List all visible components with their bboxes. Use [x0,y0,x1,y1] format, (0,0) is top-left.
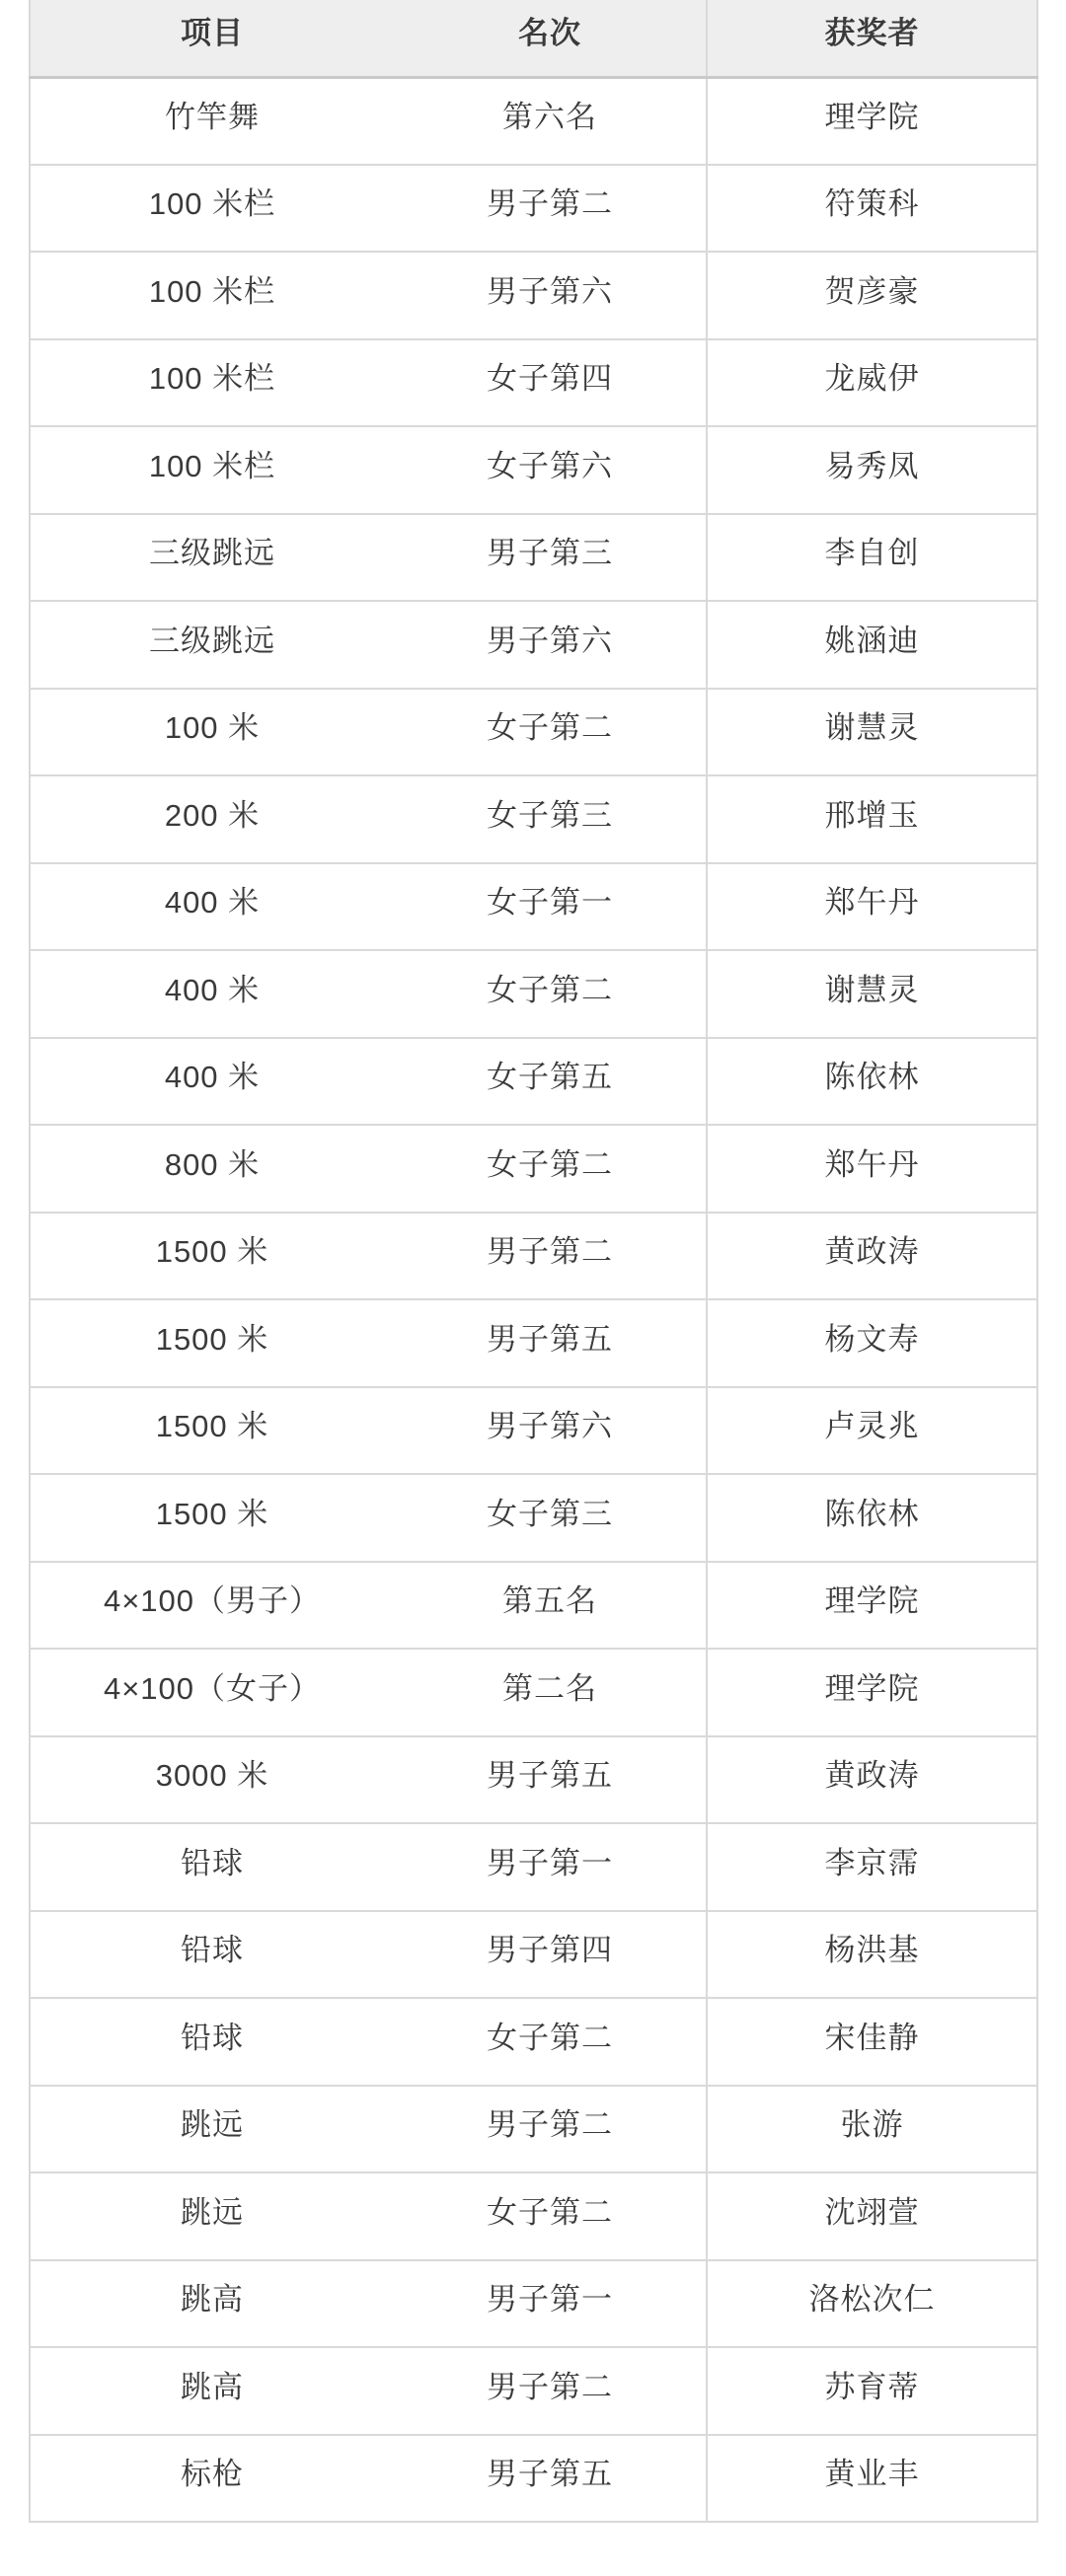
table-row: 三级跳远男子第三李自创 [30,514,1037,602]
rank-cell: 女子第二 [394,689,707,776]
winner-cell: 谢慧灵 [707,689,1037,776]
table-row: 100 米栏男子第六贺彦豪 [30,252,1037,339]
rank-cell: 男子第五 [394,2435,707,2523]
table-row: 100 米栏女子第四龙威伊 [30,339,1037,427]
event-cell: 三级跳远 [30,601,394,689]
event-cell: 标枪 [30,2435,394,2523]
event-cell: 竹竿舞 [30,77,394,165]
event-cell: 铅球 [30,1823,394,1911]
event-cell: 100 米栏 [30,252,394,339]
table-row: 3000 米男子第五黄政涛 [30,1736,1037,1824]
winner-cell: 陈依林 [707,1038,1037,1126]
winner-cell: 黄政涛 [707,1736,1037,1824]
winner-cell: 李自创 [707,514,1037,602]
column-header-winner: 获奖者 [707,0,1037,77]
table-row: 跳高男子第一洛松次仁 [30,2260,1037,2348]
event-cell: 100 米栏 [30,339,394,427]
event-cell: 1500 米 [30,1299,394,1387]
winner-cell: 黄政涛 [707,1213,1037,1300]
rank-cell: 第六名 [394,77,707,165]
rank-cell: 女子第三 [394,775,707,863]
event-cell: 200 米 [30,775,394,863]
winner-cell: 邢增玉 [707,775,1037,863]
winner-cell: 郑午丹 [707,863,1037,951]
rank-cell: 男子第二 [394,1213,707,1300]
table-row: 400 米女子第二谢慧灵 [30,950,1037,1038]
table-row: 1500 米女子第三陈依林 [30,1474,1037,1562]
table-row: 标枪男子第五黄业丰 [30,2435,1037,2523]
event-cell: 铅球 [30,1911,394,1999]
table-row: 三级跳远男子第六姚涵迪 [30,601,1037,689]
rank-cell: 女子第二 [394,1998,707,2086]
header-row: 项目 名次 获奖者 [30,0,1037,77]
table-row: 800 米女子第二郑午丹 [30,1125,1037,1213]
event-cell: 跳远 [30,2086,394,2173]
table-row: 1500 米男子第五杨文寿 [30,1299,1037,1387]
rank-cell: 男子第五 [394,1299,707,1387]
table-row: 跳高男子第二苏育蒂 [30,2347,1037,2435]
rank-cell: 女子第三 [394,1474,707,1562]
column-header-rank: 名次 [394,0,707,77]
rank-cell: 女子第五 [394,1038,707,1126]
rank-cell: 男子第六 [394,601,707,689]
rank-cell: 男子第二 [394,2086,707,2173]
event-cell: 400 米 [30,863,394,951]
rank-cell: 男子第一 [394,2260,707,2348]
table-row: 铅球男子第一李京霈 [30,1823,1037,1911]
rank-cell: 第二名 [394,1649,707,1736]
event-cell: 跳高 [30,2347,394,2435]
rank-cell: 男子第二 [394,165,707,253]
event-cell: 4×100（男子） [30,1562,394,1650]
winner-cell: 李京霈 [707,1823,1037,1911]
table-row: 100 米栏女子第六易秀凤 [30,426,1037,514]
event-cell: 100 米栏 [30,165,394,253]
event-cell: 3000 米 [30,1736,394,1824]
table-row: 跳远女子第二沈翊萱 [30,2172,1037,2260]
rank-cell: 第五名 [394,1562,707,1650]
rank-cell: 女子第二 [394,950,707,1038]
winner-cell: 苏育蒂 [707,2347,1037,2435]
winner-cell: 宋佳静 [707,1998,1037,2086]
event-cell: 铅球 [30,1998,394,2086]
event-cell: 100 米 [30,689,394,776]
rank-cell: 男子第四 [394,1911,707,1999]
rank-cell: 女子第一 [394,863,707,951]
winner-cell: 理学院 [707,77,1037,165]
table-row: 400 米女子第一郑午丹 [30,863,1037,951]
event-cell: 跳高 [30,2260,394,2348]
winner-cell: 张游 [707,2086,1037,2173]
table-body: 竹竿舞第六名理学院100 米栏男子第二符策科100 米栏男子第六贺彦豪100 米… [30,77,1037,2522]
winner-cell: 黄业丰 [707,2435,1037,2523]
event-cell: 1500 米 [30,1474,394,1562]
table-row: 铅球男子第四杨洪基 [30,1911,1037,1999]
awards-table: 项目 名次 获奖者 竹竿舞第六名理学院100 米栏男子第二符策科100 米栏男子… [29,0,1038,2523]
event-cell: 4×100（女子） [30,1649,394,1736]
winner-cell: 易秀凤 [707,426,1037,514]
rank-cell: 男子第三 [394,514,707,602]
winner-cell: 杨文寿 [707,1299,1037,1387]
event-cell: 三级跳远 [30,514,394,602]
rank-cell: 男子第六 [394,1387,707,1475]
table-row: 100 米栏男子第二符策科 [30,165,1037,253]
rank-cell: 女子第二 [394,1125,707,1213]
winner-cell: 卢灵兆 [707,1387,1037,1475]
rank-cell: 男子第六 [394,252,707,339]
table-row: 400 米女子第五陈依林 [30,1038,1037,1126]
table-row: 200 米女子第三邢增玉 [30,775,1037,863]
awards-table-container: 项目 名次 获奖者 竹竿舞第六名理学院100 米栏男子第二符策科100 米栏男子… [29,0,1038,2523]
table-row: 100 米女子第二谢慧灵 [30,689,1037,776]
rank-cell: 男子第一 [394,1823,707,1911]
table-row: 1500 米男子第二黄政涛 [30,1213,1037,1300]
winner-cell: 龙威伊 [707,339,1037,427]
winner-cell: 理学院 [707,1562,1037,1650]
winner-cell: 符策科 [707,165,1037,253]
winner-cell: 理学院 [707,1649,1037,1736]
table-header: 项目 名次 获奖者 [30,0,1037,77]
winner-cell: 洛松次仁 [707,2260,1037,2348]
rank-cell: 男子第二 [394,2347,707,2435]
event-cell: 跳远 [30,2172,394,2260]
event-cell: 100 米栏 [30,426,394,514]
table-row: 1500 米男子第六卢灵兆 [30,1387,1037,1475]
rank-cell: 女子第二 [394,2172,707,2260]
table-row: 铅球女子第二宋佳静 [30,1998,1037,2086]
rank-cell: 女子第四 [394,339,707,427]
table-row: 竹竿舞第六名理学院 [30,77,1037,165]
winner-cell: 贺彦豪 [707,252,1037,339]
column-header-event: 项目 [30,0,394,77]
rank-cell: 女子第六 [394,426,707,514]
winner-cell: 谢慧灵 [707,950,1037,1038]
winner-cell: 杨洪基 [707,1911,1037,1999]
winner-cell: 郑午丹 [707,1125,1037,1213]
winner-cell: 陈依林 [707,1474,1037,1562]
table-row: 4×100（男子）第五名理学院 [30,1562,1037,1650]
event-cell: 1500 米 [30,1213,394,1300]
table-row: 4×100（女子）第二名理学院 [30,1649,1037,1736]
rank-cell: 男子第五 [394,1736,707,1824]
event-cell: 400 米 [30,1038,394,1126]
event-cell: 1500 米 [30,1387,394,1475]
winner-cell: 沈翊萱 [707,2172,1037,2260]
event-cell: 800 米 [30,1125,394,1213]
event-cell: 400 米 [30,950,394,1038]
winner-cell: 姚涵迪 [707,601,1037,689]
table-row: 跳远男子第二张游 [30,2086,1037,2173]
